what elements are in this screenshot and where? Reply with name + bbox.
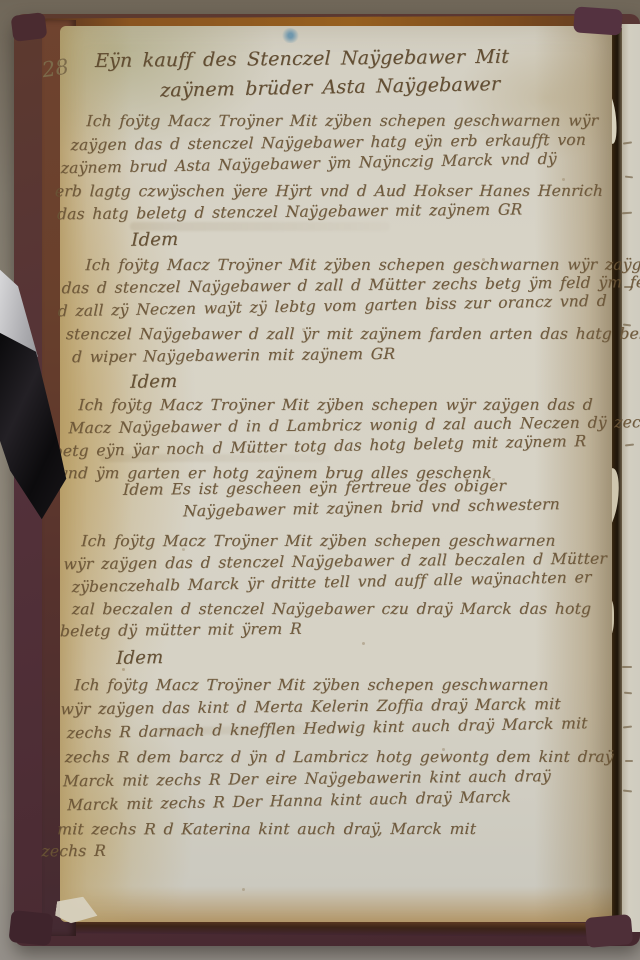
entry-line: Ich foÿtg Macz Troÿner Mit zÿben schepen… [85,256,640,276]
idem-marker: Idem [131,229,179,252]
heading-line: zaÿnem brüder Asta Naÿgebawer [160,73,500,103]
entry-line: d wiper Naÿgebawerin mit zaÿnem GR [72,345,396,368]
entry-line: erb lagtg czwÿschen ÿere Hÿrt vnd d Aud … [55,182,604,202]
ink-fragment [624,692,632,695]
ink-fragment [622,212,632,215]
entry-line: das hatg beletg d stenczel Naÿgebawer mi… [57,200,523,224]
entry-line: Ich foÿtg Macz Troÿner Mit zÿben schepen… [74,676,549,696]
entry-line: zechs R dem barcz d ÿn d Lambricz hotg g… [64,748,614,768]
ink-fragment [623,725,632,728]
manuscript-photo: 28 Eÿn kauff des Stenczel Naÿgebawer Mit… [0,0,640,960]
note-line: Naÿgebawer mit zaÿnen brid vnd schwester… [183,495,560,522]
leather-corner-bottom-right [585,914,633,948]
page-number: 28 [40,54,70,82]
entry-line: stenczel Naÿgebawer d zall ÿr mit zaÿnem… [66,325,640,345]
idem-marker: Idem [130,371,178,394]
facing-page-edge [620,24,640,932]
leather-corner-bottom-left [8,910,53,946]
ink-fragment [623,790,632,793]
entry-line: zal beczalen d stenczel Naÿgebawer czu d… [71,600,591,620]
entry-line: mit zechs R d Katerina kint auch draÿ, M… [57,820,476,840]
ink-fragment [625,444,634,447]
handwritten-text: 28 Eÿn kauff des Stenczel Naÿgebawer Mit… [60,22,618,922]
ink-fragment [623,141,632,144]
ink-fragment [622,666,632,668]
entry-line: Marck mit zechs R Der Hanna kint auch dr… [67,788,511,816]
leather-corner-top-right [573,6,623,35]
manuscript-page: 28 Eÿn kauff des Stenczel Naÿgebawer Mit… [60,26,612,922]
entry-line: Ich foÿtg Macz Troÿner Mit zÿben schepen… [78,396,593,416]
idem-marker: Idem [116,647,164,670]
leather-corner-top-left [11,12,48,42]
heading-line: Eÿn kauff des Stenczel Naÿgebawer Mit [95,46,510,74]
ink-fragment [625,176,633,179]
entry-line: zechs R [41,842,106,862]
ink-fragment [625,760,633,762]
entry-line: Ich foÿtg Macz Troÿner Mit zÿben schepen… [81,532,556,552]
entry-line: beletg dÿ mütter mit ÿrem R [60,620,302,642]
entry-line: Ich foÿtg Macz Troÿner Mit zÿben schepen… [86,112,599,132]
